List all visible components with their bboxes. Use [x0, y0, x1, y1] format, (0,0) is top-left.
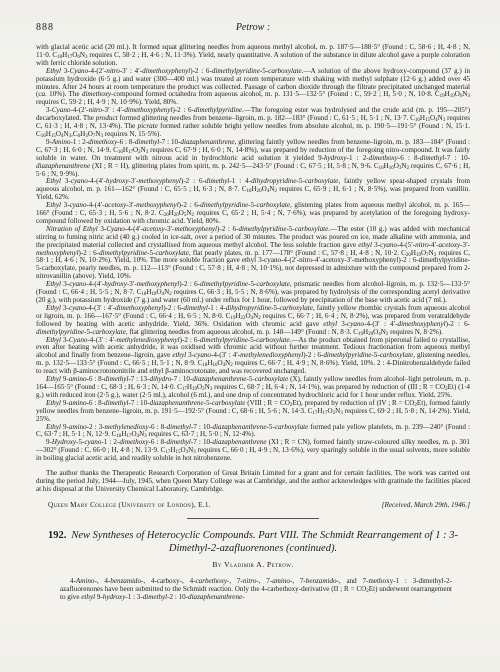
paragraph-hydroxy-methoxy-pyridine: Ethyl 3-cyano-4-(4′-hydroxy-3′-methoxyph… — [36, 281, 470, 305]
article-number: 192. — [48, 530, 66, 541]
running-header: 888 Petrow : — [36, 22, 470, 35]
article-title-text: New Syntheses of Heterocyclic Compounds.… — [71, 530, 458, 554]
next-article-header: 192.New Syntheses of Heterocyclic Compou… — [36, 529, 470, 601]
paragraph-methylenedioxy-pyridine: Ethyl 3-Cyano-4-(3′ : 4′-methylenedioxyp… — [36, 337, 470, 377]
signature-row: Queen Mary College (University of London… — [36, 501, 470, 509]
byline: By Vladimir A. Petrow. — [36, 560, 470, 569]
paragraph-ethyl-cyano-nitro-dimethoxy-ester: Ethyl 3-Cyano-4-(2′-nitro-3′ : 4′-dimeth… — [36, 68, 470, 108]
received-date: [Received, March 29th, 1946.] — [382, 501, 470, 509]
abstract: 4-Amino-, 4-benzamido-, 4-carboxy-, 4-ca… — [60, 577, 452, 601]
section-divider — [187, 518, 319, 519]
paragraph-hydroxy-cyano-diazaphenanthrene: 9-Hydroxy-5-cyano-1 : 2-dimethoxy-6 : 8-… — [36, 439, 470, 463]
acknowledgement: The author thanks the Therapeutic Resear… — [36, 470, 470, 494]
paragraph-methylenedioxy-diazaphenanthrene-ester: Ethyl 9-amino-2 : 3-methylenedioxy-6 : 8… — [36, 424, 470, 440]
article-title: 192.New Syntheses of Heterocyclic Compou… — [48, 529, 458, 555]
paragraph-nitration: Nitration of Ethyl 3-Cyano-4-(4′-acetoxy… — [36, 226, 470, 281]
experimental-text: with glacial acetic acid (20 ml.). It fo… — [36, 44, 470, 494]
paragraph-dimethoxy-dihydropyridine: Ethyl 3-cyano-4-(3′ : 4′-dimethoxyphenyl… — [36, 305, 470, 337]
paragraph-continuation: with glacial acetic acid (20 ml.). It fo… — [36, 44, 470, 68]
paragraph-amino-dihydro-diazaphenanthrene-ester: Ethyl 9-amino-6 : 8-dimethyl-7 : 13-dihy… — [36, 376, 470, 400]
affiliation: Queen Mary College (University of London… — [48, 501, 211, 509]
paragraph-acetoxy-methoxy-pyridine: Ethyl 3-cyano-4-(4′-acetoxy-3′-methoxyph… — [36, 202, 470, 226]
paragraph-amino-diazaphenanthrene: 9-Amino-1 : 2-dimethoxy-6 : 8-dimethyl-7… — [36, 139, 470, 179]
paragraph-amino-diazaphenanthrene-ester: Ethyl 9-amino-6 : 8-dimethyl-7 : 10-diaz… — [36, 400, 470, 424]
paragraph-hydroxy-methoxy-dihydropyridine: Ethyl 3-cyano-4-(4′-hydroxy-3′-methoxyph… — [36, 178, 470, 202]
running-head-author: Petrow : — [36, 22, 470, 33]
journal-page: 888 Petrow : with glacial acetic acid (2… — [0, 0, 500, 672]
paragraph-cyano-nitro-dimethoxy-pyridine: 3-Cyano-4-(2′-nitro-3′ : 4′-dimethoxyphe… — [36, 107, 470, 139]
